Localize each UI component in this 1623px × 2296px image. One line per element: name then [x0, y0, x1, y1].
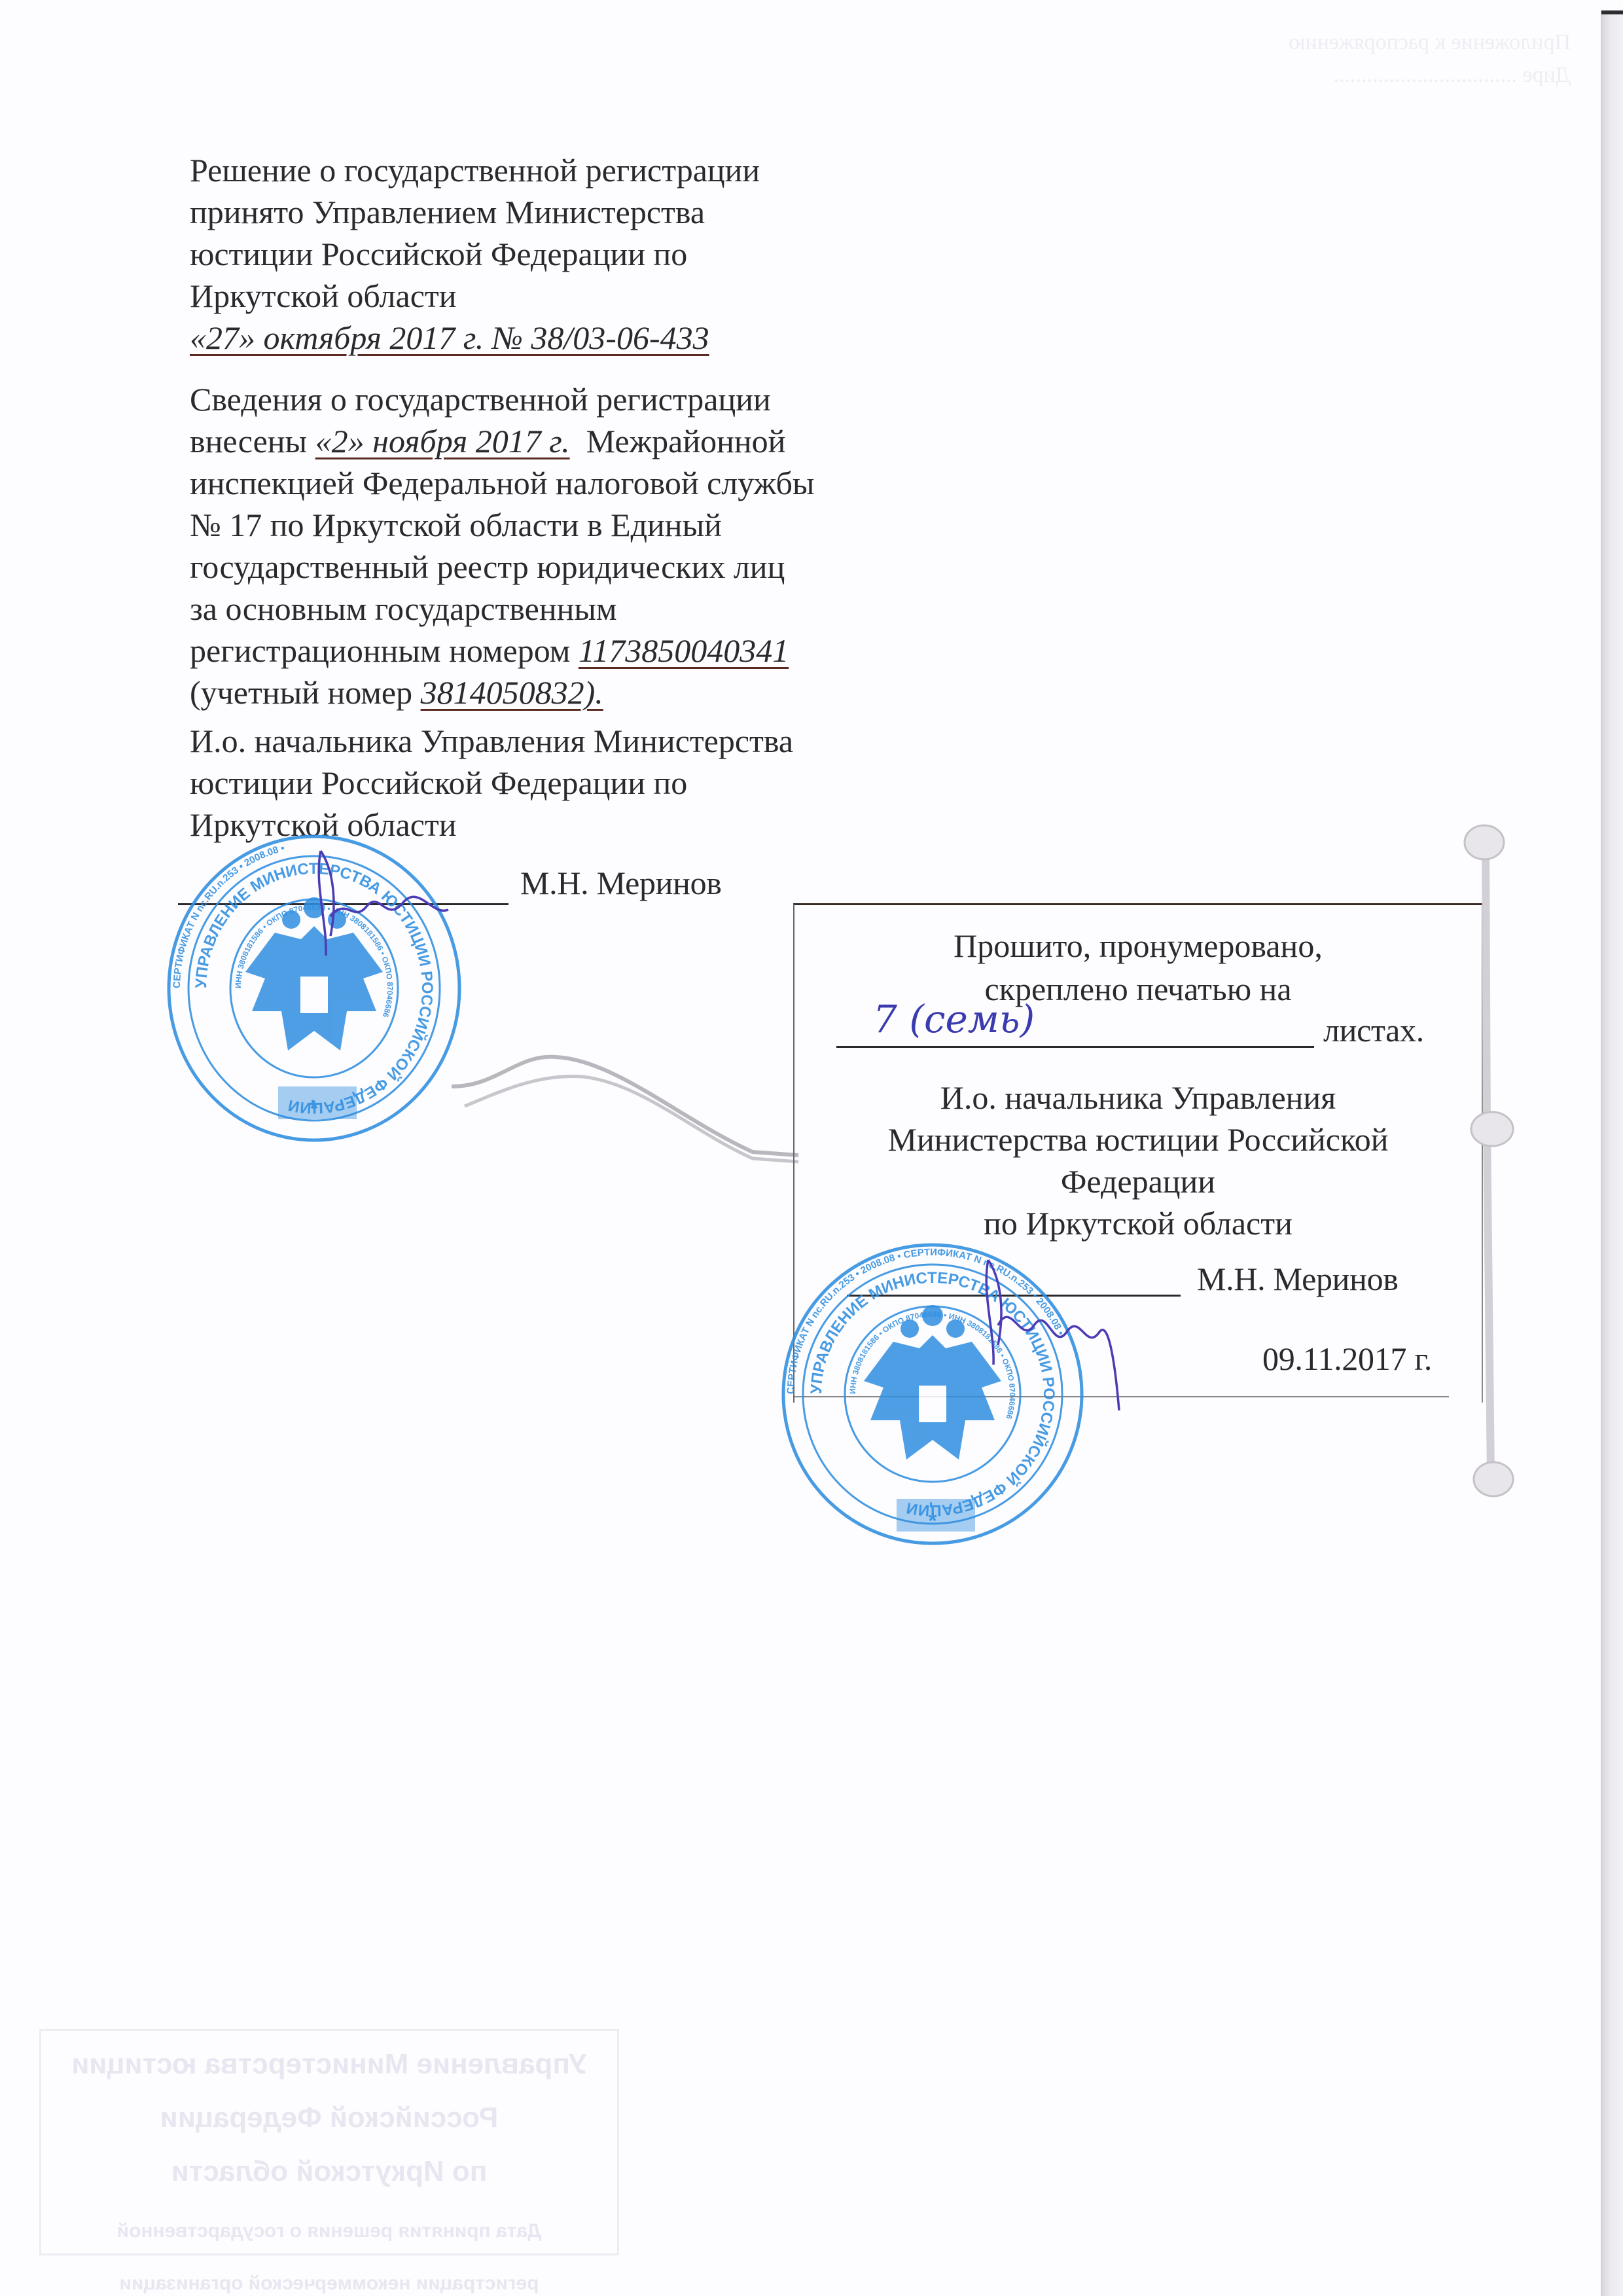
decision-line: Решение о государственной регистрации: [190, 149, 760, 191]
entry-line: № 17 по Иркутской области в Единый: [190, 504, 815, 546]
cord-bead-bottom: [1474, 1462, 1513, 1496]
entry-line: за основным государственным: [190, 588, 815, 630]
egrul-entry-block: Сведения о государственной регистрации в…: [190, 378, 815, 713]
entry-prefix: внесены: [190, 423, 315, 459]
label-signatory-line: Министерства юстиции Российской: [794, 1119, 1482, 1160]
ogrn-number: 1173850040341: [579, 632, 789, 669]
entry-line: государственный реестр юридических лиц: [190, 546, 815, 588]
signature-scribble-right: [975, 1253, 1132, 1424]
sheets-suffix: листах.: [1323, 1010, 1424, 1050]
decision-line: юстиции Российской Федерации по: [190, 233, 760, 275]
label-date: 09.11.2017 г.: [1262, 1338, 1432, 1379]
binding-thread: [445, 1041, 811, 1172]
bleed-through-text-top: Приложение к распоряжению Дире .........…: [1073, 26, 1571, 92]
signatory-block: И.о. начальника Управления Министерства …: [190, 720, 793, 846]
cord-knot-middle: [1471, 1112, 1513, 1146]
label-signatory-line: И.о. начальника Управления: [794, 1077, 1482, 1119]
account-number: 3814050832).: [421, 674, 603, 711]
decision-line: Иркутской области: [190, 275, 760, 317]
cord-bead-top: [1465, 825, 1504, 859]
label-signatory-line: по Иркутской области: [794, 1202, 1482, 1244]
signatory-line: И.о. начальника Управления Министерства: [190, 720, 793, 762]
sheets-count-handwritten: 7 (семь): [873, 997, 1035, 1041]
bleed-through-registration-stamp: Управление Министерства юстиции Российск…: [39, 2029, 619, 2255]
signatory-name: М.Н. Меринов: [520, 863, 722, 903]
page-edge: [1601, 10, 1623, 2296]
signature-scribble-left: [308, 844, 465, 969]
label-line: Прошито, пронумеровано,: [794, 925, 1482, 967]
entry-line: инспекцией Федеральной налоговой службы: [190, 462, 815, 504]
binding-cord: [1459, 821, 1538, 1502]
decision-date-number: «27» октября 2017 г. № 38/03-06-433: [190, 319, 709, 356]
entry-date: «2» ноября 2017 г.: [315, 423, 570, 459]
ogrn-prefix: регистрационным номером: [190, 632, 579, 669]
decision-block: Решение о государственной регистрации пр…: [190, 149, 760, 359]
label-signatory-name: М.Н. Меринов: [1197, 1259, 1399, 1299]
account-prefix: (учетный номер: [190, 674, 421, 711]
entry-suffix: Межрайонной: [570, 423, 786, 459]
signatory-line: юстиции Российской Федерации по: [190, 762, 793, 804]
sheets-count-line: [836, 1046, 1314, 1048]
decision-line: принято Управлением Министерства: [190, 191, 760, 233]
entry-line: Сведения о государственной регистрации: [190, 378, 815, 420]
label-signatory-line: Федерации: [794, 1160, 1482, 1202]
